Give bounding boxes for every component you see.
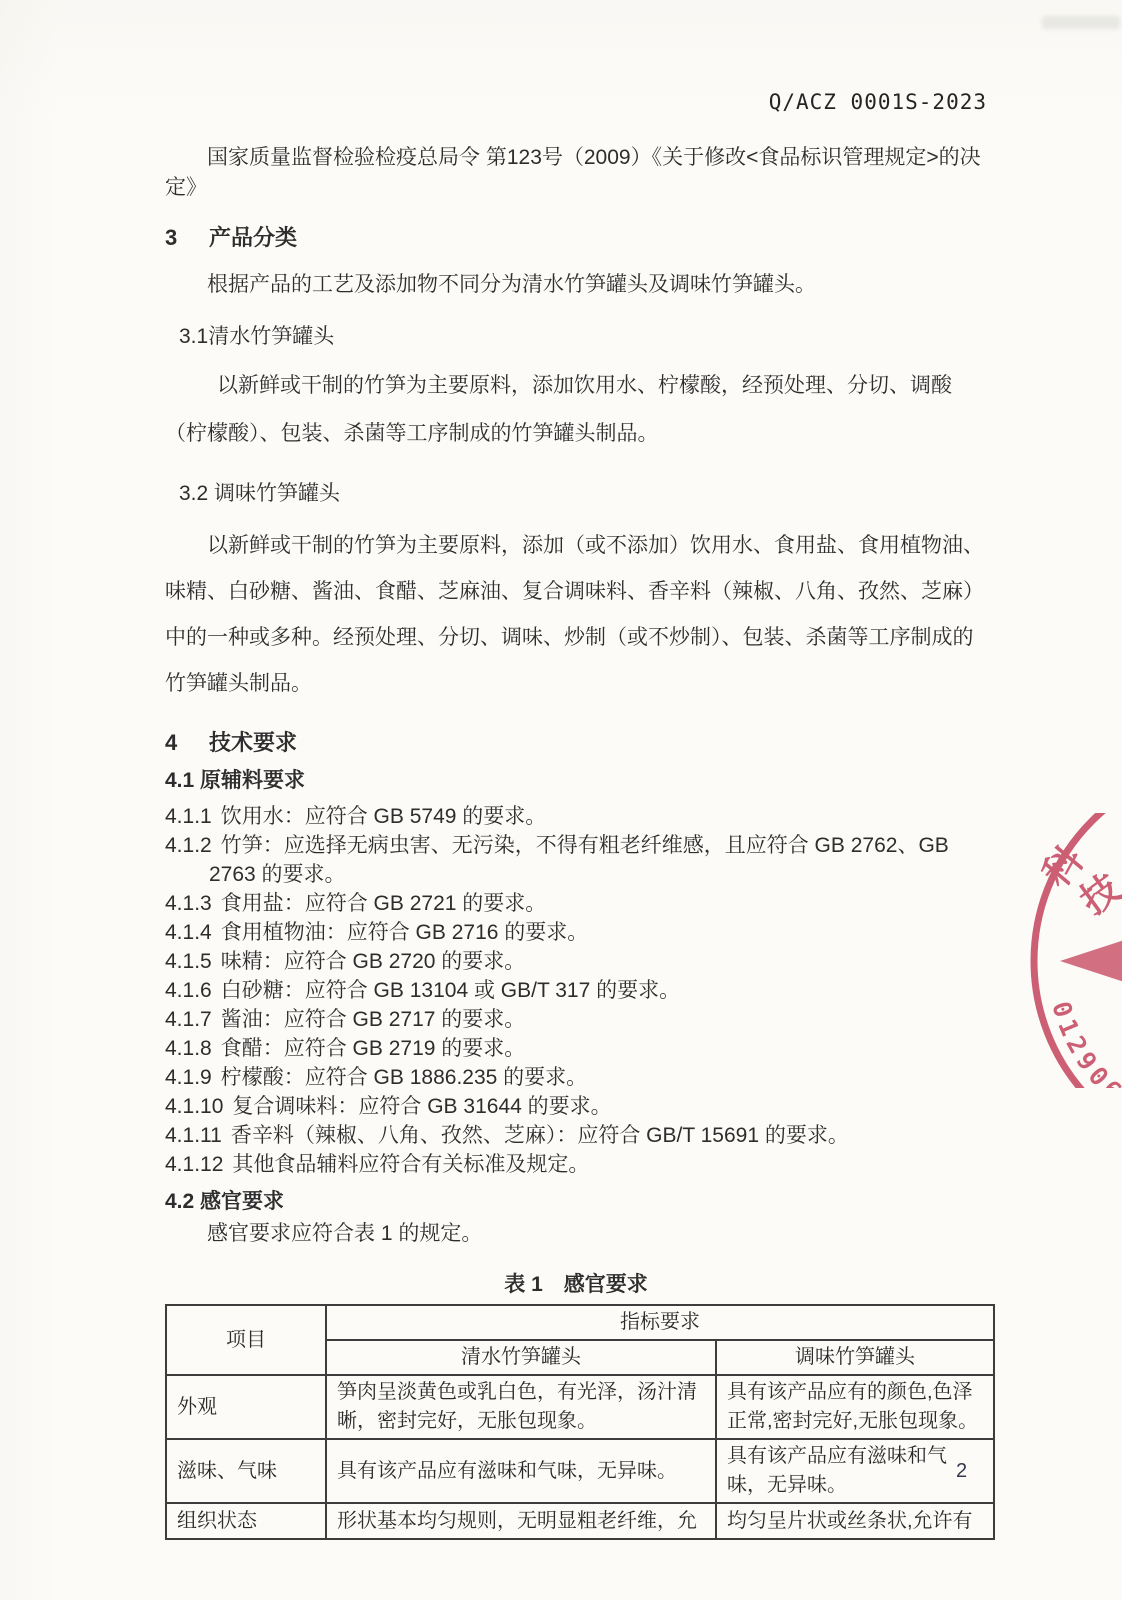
section-4-2-heading: 4.2 感官要求 [165, 1187, 987, 1217]
stamp-serial-number: 0129063 [1046, 998, 1122, 1088]
item-text: 食醋：应符合 GB 2719 的要求。 [221, 1037, 526, 1060]
section-3-2-body: 以新鲜或干制的竹笋为主要原料，添加（或不添加）饮用水、食用盐、食用植物油、味精、… [165, 523, 987, 707]
section-3-title: 产品分类 [209, 225, 297, 250]
item-number: 4.1.9 [165, 1066, 212, 1089]
sensory-requirements-table: 项目 指标要求 清水竹笋罐头 调味竹笋罐头 外观 笋肉呈淡黄色或乳白色，有光泽，… [165, 1304, 995, 1540]
row-seasoned-value: 均匀呈片状或丝条状,允许有 [716, 1503, 994, 1539]
item-number: 4.1.1 [165, 805, 212, 828]
row-seasoned-value: 具有该产品应有滋味和气味，无异味。 [716, 1439, 994, 1503]
item-number: 4.1.5 [165, 950, 212, 973]
column-header-seasoned-bamboo: 调味竹笋罐头 [716, 1340, 994, 1375]
section-3-heading: 3产品分类 [165, 223, 987, 253]
item-text: 饮用水：应符合 GB 5749 的要求。 [221, 805, 547, 828]
page-number: 2 [956, 1460, 967, 1483]
scan-artifact [1042, 16, 1120, 29]
row-plain-value: 笋肉呈淡黄色或乳白色，有光泽，汤汁清晰，密封完好，无胀包现象。 [326, 1375, 716, 1439]
item-text: 白砂糖：应符合 GB 13104 或 GB/T 317 的要求。 [221, 979, 680, 1002]
item-number: 4.1.3 [165, 892, 212, 915]
list-item: 4.1.9柠檬酸：应符合 GB 1886.235 的要求。 [165, 1063, 987, 1092]
item-text: 食用植物油：应符合 GB 2716 的要求。 [221, 921, 589, 944]
row-item-label: 组织状态 [166, 1503, 326, 1539]
document-page: Q/ACZ 0001S-2023 国家质量监督检验检疫总局令 第123号（200… [0, 0, 1122, 1600]
row-seasoned-value: 具有该产品应有的颜色,色泽正常,密封完好,无胀包现象。 [716, 1375, 994, 1439]
list-item: 4.1.3食用盐：应符合 GB 2721 的要求。 [165, 889, 987, 918]
column-header-item: 项目 [166, 1305, 326, 1375]
item-number: 4.1.4 [165, 921, 212, 944]
list-item: 4.1.5味精：应符合 GB 2720 的要求。 [165, 947, 987, 976]
normative-reference-line: 国家质量监督检验检疫总局令 第123号（2009）《关于修改<食品标识管理规定>… [165, 143, 987, 203]
list-item: 4.1.2竹笋：应选择无病虫害、无污染，不得有粗老纤维感，且应符合 GB 276… [165, 831, 987, 889]
item-number: 4.1.6 [165, 979, 212, 1002]
item-number: 4.1.12 [165, 1153, 223, 1176]
row-item-label: 外观 [166, 1375, 326, 1439]
section-4-2-note: 感官要求应符合表 1 的规定。 [165, 1219, 987, 1249]
item-number: 4.1.2 [165, 834, 212, 857]
item-number: 4.1.11 [165, 1124, 222, 1147]
table-1-caption: 表 1 感官要求 [165, 1270, 987, 1300]
item-text: 竹笋：应选择无病虫害、无污染，不得有粗老纤维感，且应符合 GB 2762、GB … [209, 834, 949, 886]
list-item: 4.1.7酱油：应符合 GB 2717 的要求。 [165, 1005, 987, 1034]
list-item: 4.1.10复合调味料：应符合 GB 31644 的要求。 [165, 1092, 987, 1121]
section-3-intro: 根据产品的工艺及添加物不同分为清水竹笋罐头及调味竹笋罐头。 [165, 269, 987, 301]
section-3-1-body: 以新鲜或干制的竹笋为主要原料，添加饮用水、柠檬酸，经预处理、分切、调酸（柠檬酸）… [165, 362, 987, 458]
section-4-title: 技术要求 [209, 730, 297, 755]
item-number: 4.1.7 [165, 1008, 212, 1031]
item-text: 香辛料（辣椒、八角、孜然、芝麻）：应符合 GB/T 15691 的要求。 [231, 1124, 849, 1147]
section-4-number: 4 [165, 728, 209, 758]
list-item: 4.1.12其他食品辅料应符合有关标准及规定。 [165, 1150, 987, 1179]
table-row-appearance: 外观 笋肉呈淡黄色或乳白色，有光泽，汤汁清晰，密封完好，无胀包现象。 具有该产品… [166, 1375, 994, 1439]
row-plain-value: 形状基本均匀规则，无明显粗老纤维，允 [326, 1503, 716, 1539]
item-text: 其他食品辅料应符合有关标准及规定。 [232, 1153, 589, 1176]
section-3-1-heading: 3.1清水竹笋罐头 [165, 322, 987, 352]
list-item: 4.1.8食醋：应符合 GB 2719 的要求。 [165, 1034, 987, 1063]
section-4-1-heading: 4.1 原辅料要求 [165, 766, 987, 796]
column-header-requirement: 指标要求 [326, 1305, 994, 1340]
table-row-texture: 组织状态 形状基本均匀规则，无明显粗老纤维，允 均匀呈片状或丝条状,允许有 [166, 1503, 994, 1539]
item-text: 食用盐：应符合 GB 2721 的要求。 [221, 892, 547, 915]
item-text: 酱油：应符合 GB 2717 的要求。 [221, 1008, 526, 1031]
table-header-row: 项目 指标要求 [166, 1305, 994, 1340]
list-item: 4.1.4食用植物油：应符合 GB 2716 的要求。 [165, 918, 987, 947]
item-text: 复合调味料：应符合 GB 31644 的要求。 [232, 1095, 611, 1118]
item-number: 4.1.10 [165, 1095, 223, 1118]
item-text: 柠檬酸：应符合 GB 1886.235 的要求。 [221, 1066, 587, 1089]
table-row-taste-odor: 滋味、气味 具有该产品应有滋味和气味，无异味。 具有该产品应有滋味和气味，无异味… [166, 1439, 994, 1503]
item-text: 味精：应符合 GB 2720 的要求。 [221, 950, 526, 973]
section-4-heading: 4技术要求 [165, 728, 987, 758]
section-3-2-heading: 3.2 调味竹笋罐头 [165, 479, 987, 509]
item-number: 4.1.8 [165, 1037, 212, 1060]
page-content: Q/ACZ 0001S-2023 国家质量监督检验检疫总局令 第123号（200… [165, 88, 987, 1540]
section-3-number: 3 [165, 223, 209, 253]
list-item: 4.1.6白砂糖：应符合 GB 13104 或 GB/T 317 的要求。 [165, 976, 987, 1005]
red-seal-stamp: 科 技 0129063 [1007, 813, 1122, 1088]
standard-number: Q/ACZ 0001S-2023 [165, 88, 987, 117]
raw-material-requirements-list: 4.1.1饮用水：应符合 GB 5749 的要求。 4.1.2竹笋：应选择无病虫… [165, 802, 987, 1179]
row-item-label: 滋味、气味 [166, 1439, 326, 1503]
column-header-plain-bamboo: 清水竹笋罐头 [326, 1340, 716, 1375]
list-item: 4.1.11香辛料（辣椒、八角、孜然、芝麻）：应符合 GB/T 15691 的要… [165, 1121, 987, 1150]
list-item: 4.1.1饮用水：应符合 GB 5749 的要求。 [165, 802, 987, 831]
row-plain-value: 具有该产品应有滋味和气味，无异味。 [326, 1439, 716, 1503]
